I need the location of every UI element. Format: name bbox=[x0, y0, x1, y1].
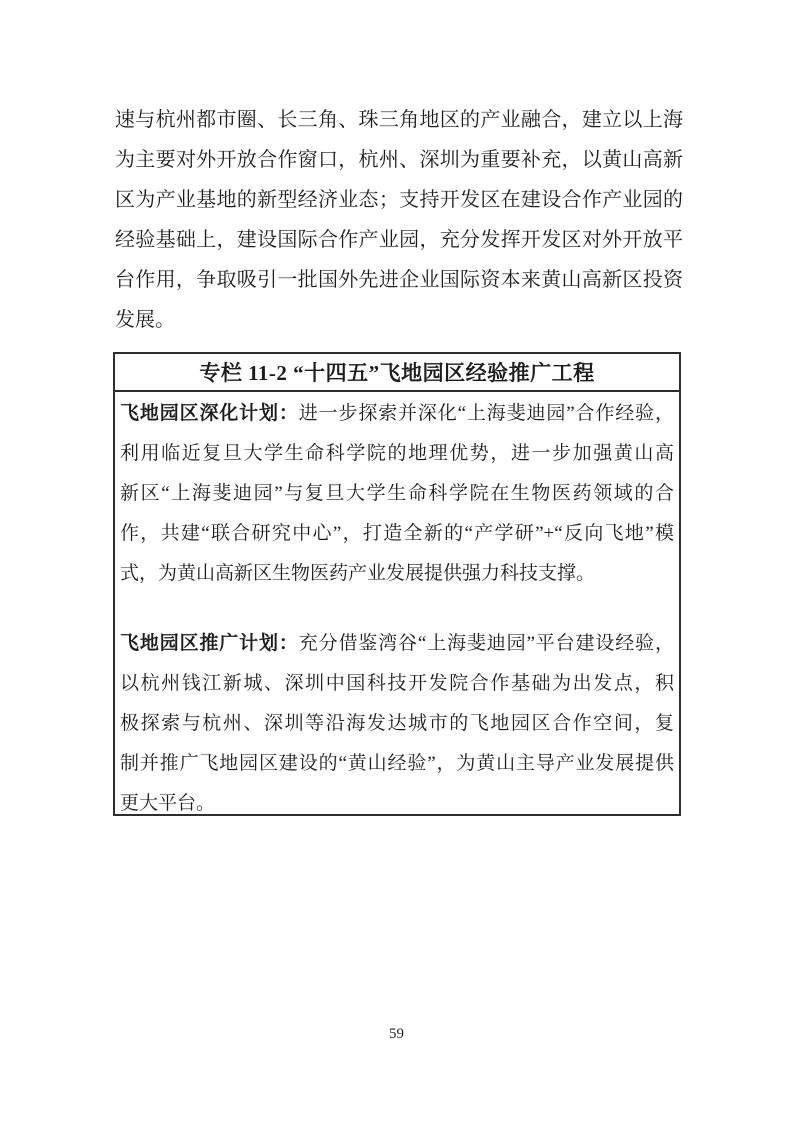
paragraph-label: 飞地园区推广计划： bbox=[120, 633, 299, 654]
panel-paragraph-line: 式，为黄山高新区生物医药产业发展提供强力科技支撑。 bbox=[120, 554, 674, 594]
panel-paragraph-promotion-plan: 飞地园区推广计划：充分借鉴湾谷“上海斐迪园”平台建设经验， 以杭州钱江新城、深圳… bbox=[120, 624, 674, 816]
intro-line: 区为产业基地的新型经济业态；支持开发区在建设合作产业园的 bbox=[115, 180, 683, 220]
paragraph-text: 进一步探索并深化“上海斐迪园”合作经验， bbox=[299, 403, 674, 424]
document-page: 速与杭州都市圈、长三角、珠三角地区的产业融合，建立以上海 为主要对外开放合作窗口… bbox=[0, 0, 793, 1122]
panel-paragraph-line: 飞地园区推广计划：充分借鉴湾谷“上海斐迪园”平台建设经验， bbox=[120, 624, 674, 664]
panel-title: 专栏 11-2 “十四五”飞地园区经验推广工程 bbox=[115, 354, 679, 392]
panel-body: 飞地园区深化计划：进一步探索并深化“上海斐迪园”合作经验， 利用临近复旦大学生命… bbox=[115, 392, 679, 816]
panel-paragraph-deepening-plan: 飞地园区深化计划：进一步探索并深化“上海斐迪园”合作经验， 利用临近复旦大学生命… bbox=[120, 394, 674, 594]
intro-line: 发展。 bbox=[115, 300, 683, 340]
panel-paragraph-line: 利用临近复旦大学生命科学院的地理优势，进一步加强黄山高 bbox=[120, 434, 674, 474]
panel-paragraph-line: 极探索与杭州、深圳等沿海发达城市的飞地园区合作空间，复 bbox=[120, 704, 674, 744]
intro-line: 经验基础上，建设国际合作产业园，充分发挥开发区对外开放平 bbox=[115, 220, 683, 260]
intro-line: 速与杭州都市圈、长三角、珠三角地区的产业融合，建立以上海 bbox=[115, 100, 683, 140]
panel-paragraph-line: 新区“上海斐迪园”与复旦大学生命科学院在生物医药领域的合 bbox=[120, 474, 674, 514]
intro-paragraph: 速与杭州都市圈、长三角、珠三角地区的产业融合，建立以上海 为主要对外开放合作窗口… bbox=[115, 100, 683, 340]
panel-paragraph-line: 更大平台。 bbox=[120, 784, 674, 816]
panel-paragraph-line: 以杭州钱江新城、深圳中国科技开发院合作基础为出发点，积 bbox=[120, 664, 674, 704]
paragraph-label: 飞地园区深化计划： bbox=[120, 403, 299, 424]
feature-panel: 专栏 11-2 “十四五”飞地园区经验推广工程 飞地园区深化计划：进一步探索并深… bbox=[113, 352, 681, 816]
page-number: 59 bbox=[0, 1026, 793, 1043]
intro-line: 为主要对外开放合作窗口，杭州、深圳为重要补充，以黄山高新 bbox=[115, 140, 683, 180]
panel-paragraph-line: 制并推广飞地园区建设的“黄山经验”，为黄山主导产业发展提供 bbox=[120, 744, 674, 784]
paragraph-text: 充分借鉴湾谷“上海斐迪园”平台建设经验， bbox=[299, 633, 674, 654]
intro-line: 台作用，争取吸引一批国外先进企业国际资本来黄山高新区投资 bbox=[115, 260, 683, 300]
panel-paragraph-line: 作，共建“联合研究中心”，打造全新的“产学研”+“反向飞地”模 bbox=[120, 514, 674, 554]
panel-paragraph-line: 飞地园区深化计划：进一步探索并深化“上海斐迪园”合作经验， bbox=[120, 394, 674, 434]
